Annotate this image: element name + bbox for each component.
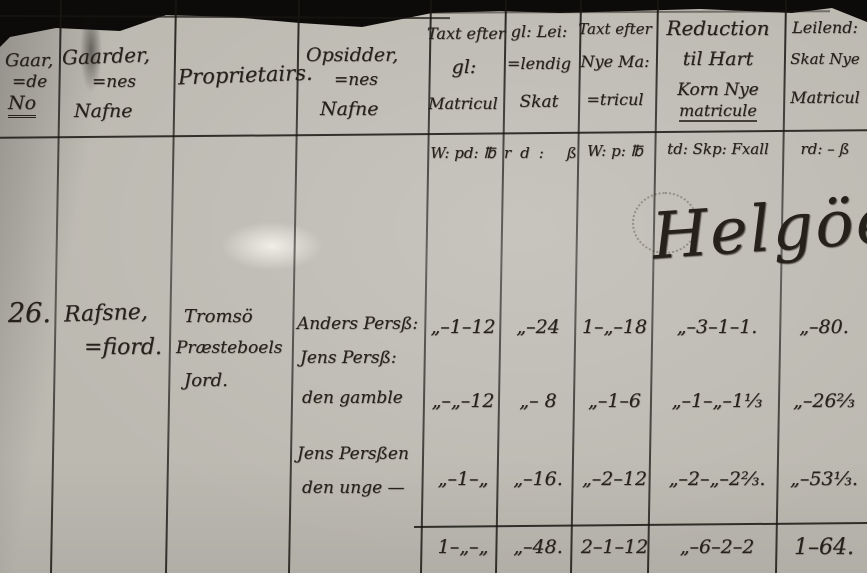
farm-number: 26. — [8, 300, 51, 328]
table-top-rule-right — [430, 10, 830, 13]
occupant-3-name: Jens Persßen — [297, 446, 409, 464]
total-reduction: „–6–2–2 — [654, 538, 780, 558]
header-occupants-line2: =nes — [334, 72, 378, 90]
occupant-3-new-tax: „–53⅓. — [782, 470, 866, 490]
header-taxt-new-line1: Taxt efter — [578, 22, 652, 38]
header-farm-no-line3: No — [8, 94, 36, 118]
unit-reduction: td: Skp: Fxall — [656, 142, 780, 158]
occupant-1-reduction: „–3–1–1. — [654, 318, 780, 338]
header-reduction-line4-text: matricule — [679, 101, 757, 122]
header-taxt-old-line1: Taxt efter — [427, 26, 501, 43]
unit-old-tax: rd: ß — [504, 146, 574, 162]
occupant-1-new-tax: „–80. — [782, 318, 866, 338]
occupant-1-old-tax: „–24 — [502, 318, 574, 338]
header-bottom-rule — [0, 129, 867, 139]
unit-taxt-old: W: pd: ℔ — [425, 146, 501, 162]
header-farm-names-line2: =nes — [92, 74, 136, 92]
occupant-2-name-line2: den gamble — [302, 390, 403, 408]
header-new-tax-line1: Leilend: — [785, 20, 865, 37]
header-farm-names-line3: Nafne — [74, 102, 132, 122]
proprietair-line2: Præsteboels — [176, 340, 283, 358]
header-farm-no-line1: Gaar, — [5, 52, 53, 71]
occupant-1-taxt-new: 1–„–18 — [577, 318, 652, 338]
occupant-3-taxt-new: „–2–12 — [577, 470, 652, 490]
occupant-2-taxt-old: „–„–12 — [425, 392, 501, 412]
occupant-2-old-tax: „– 8 — [502, 392, 574, 412]
column-rule-2 — [165, 0, 177, 573]
occupant-3-old-tax: „–16. — [502, 470, 574, 490]
header-proprietairs: Proprietairs. — [178, 62, 313, 89]
header-old-tax-line1: gl: Lei: — [504, 24, 574, 41]
column-rule-1 — [50, 0, 62, 573]
proprietair-line3: Jord. — [184, 372, 228, 391]
header-old-tax-line2: =lendig — [504, 56, 574, 73]
header-reduction-line4: matricule — [668, 103, 768, 121]
paper-damage-patch — [222, 222, 322, 270]
proprietair-line1: Tromsö — [184, 308, 253, 327]
header-new-tax-line3: Matricul — [785, 90, 865, 107]
header-taxt-new-line2: Nye Ma: — [578, 54, 652, 71]
header-new-tax-line2: Skat Nye — [785, 52, 865, 68]
occupant-3-name-line2: den unge — — [302, 480, 405, 498]
totals-separator-rule — [414, 522, 867, 528]
occupant-3-taxt-old: „–1–„ — [425, 470, 501, 490]
occupant-2-taxt-new: „–1–6 — [577, 392, 652, 412]
farm-name-line2: =fiord. — [84, 336, 162, 359]
header-reduction-line3: Korn Nye — [656, 82, 780, 100]
header-farm-no-line2: =de — [12, 74, 47, 92]
total-taxt-new: 2–1–12 — [577, 538, 652, 558]
header-taxt-old-line3: Matricul — [423, 96, 503, 113]
unit-new-tax: rd: – ß — [785, 142, 865, 158]
occupant-1-name: Anders Persß: — [297, 316, 418, 334]
occupant-3-reduction: „–2–„–2⅔. — [654, 470, 780, 490]
total-taxt-old: 1–„–„ — [425, 538, 501, 558]
header-old-tax-line3: Skat — [504, 94, 574, 112]
matricul-ledger-scan: Gaar, =de No Gaarder, =nes Nafne Proprie… — [0, 0, 867, 573]
header-occupants-line1: Opsidder, — [306, 46, 398, 66]
header-reduction-line1: Reduction — [656, 18, 780, 39]
total-new-tax: 1–64. — [782, 536, 866, 559]
occupant-2-new-tax: „–26⅔ — [782, 392, 866, 412]
unit-taxt-new: W: p: ℔ — [578, 144, 652, 160]
total-old-tax: „–48. — [502, 538, 574, 558]
occupant-2-name: Jens Persß: — [300, 350, 397, 368]
header-taxt-old-line2: gl: — [427, 58, 501, 78]
header-occupants-line3: Nafne — [320, 100, 378, 120]
header-reduction-line2: til Hart — [656, 50, 780, 70]
occupant-2-reduction: „–1–„–1⅓ — [654, 392, 780, 412]
district-heading: Helgöe — [650, 188, 867, 272]
header-farm-names-line1: Gaarder, — [62, 44, 150, 68]
column-rule-3 — [288, 0, 300, 573]
occupant-1-taxt-old: „–1–12 — [425, 318, 501, 338]
header-taxt-new-line3: =tricul — [578, 92, 652, 109]
farm-name-line1: Rafsne, — [64, 301, 149, 327]
